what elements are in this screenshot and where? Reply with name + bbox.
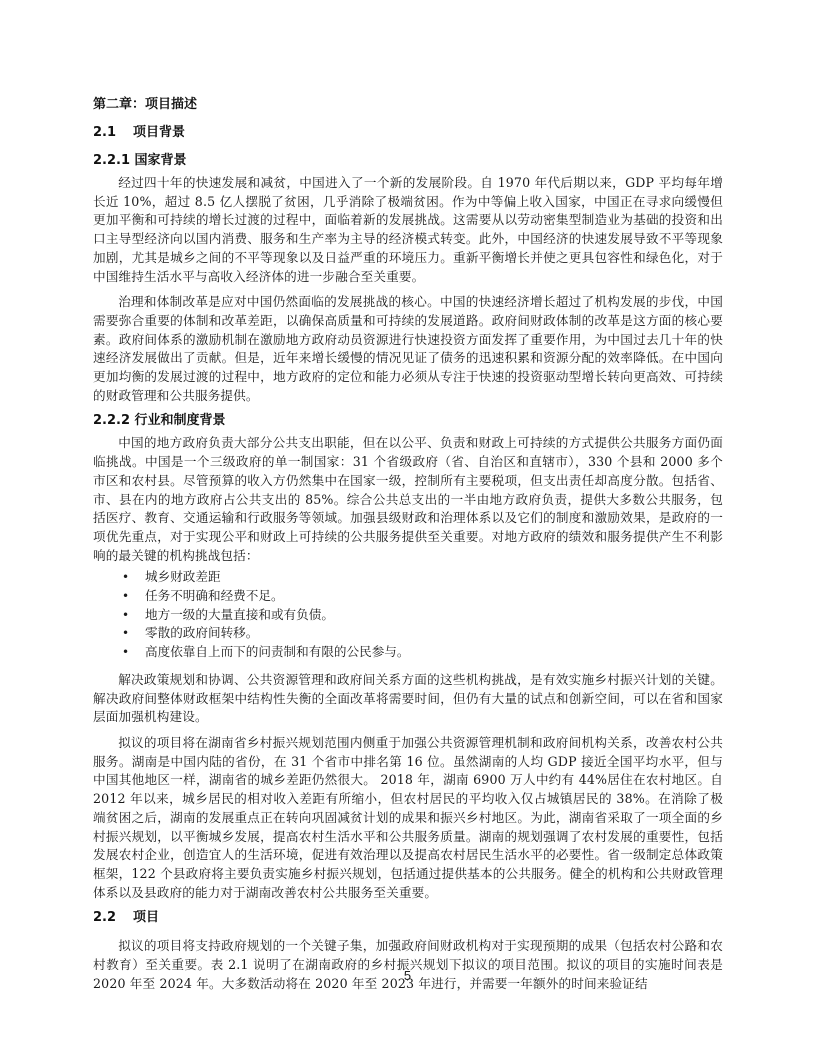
section-heading-2-2: 2.2项目 — [93, 909, 723, 927]
list-item: •城乡财政差距 — [93, 568, 723, 587]
chapter-title: 第二章：项目描述 — [93, 96, 723, 114]
paragraph-sector-background-2: 解决政策规划和协调、公共资源管理和政府间关系方面的这些机构挑战，是有效实施乡村振… — [93, 671, 723, 727]
page-number: 5 — [0, 968, 815, 983]
paragraph-hunan-context: 拟议的项目将在湖南省乡村振兴规划范围内侧重于加强公共资源管理机制和政府间机构关系… — [93, 734, 723, 902]
subsection-heading-2-2-1: 2.2.1 国家背景 — [93, 152, 723, 170]
bullet-icon: • — [122, 624, 129, 643]
challenges-list: •城乡财政差距 •任务不明确和经费不足。 •地方一级的大量直接和或有负债。 •零… — [93, 568, 723, 662]
paragraph-sector-background-1: 中国的地方政府负责大部分公共支出职能，但在以公平、负责和财政上可持续的方式提供公… — [93, 434, 723, 565]
bullet-icon: • — [122, 587, 129, 606]
list-item: •地方一级的大量直接和或有负债。 — [93, 606, 723, 625]
list-item: •任务不明确和经费不足。 — [93, 587, 723, 606]
paragraph-national-background-2: 治理和体制改革是应对中国仍然面临的发展挑战的核心。中国的快速经济增长超过了机构发… — [93, 293, 723, 405]
section-title: 项目 — [133, 910, 159, 925]
bullet-icon: • — [122, 643, 129, 662]
section-heading-2-1: 2.1项目背景 — [93, 124, 723, 142]
list-item: •零散的政府间转移。 — [93, 624, 723, 643]
section-number: 2.1 — [93, 124, 133, 142]
bullet-icon: • — [122, 568, 129, 587]
subsection-heading-2-2-2: 2.2.2 行业和制度背景 — [93, 412, 723, 430]
document-page: 第二章：项目描述 2.1项目背景 2.2.1 国家背景 经过四十年的快速发展和减… — [93, 96, 723, 1000]
bullet-icon: • — [122, 606, 129, 625]
section-title: 项目背景 — [133, 125, 185, 140]
section-number: 2.2 — [93, 909, 133, 927]
list-item: •高度依靠自上而下的问责制和有限的公民参与。 — [93, 643, 723, 662]
paragraph-project: 拟议的项目将支持政府规划的一个关键子集，加强政府间财政机构对于实现预期的成果（包… — [93, 937, 723, 993]
paragraph-national-background-1: 经过四十年的快速发展和减贫，中国进入了一个新的发展阶段。自 1970 年代后期以… — [93, 174, 723, 286]
